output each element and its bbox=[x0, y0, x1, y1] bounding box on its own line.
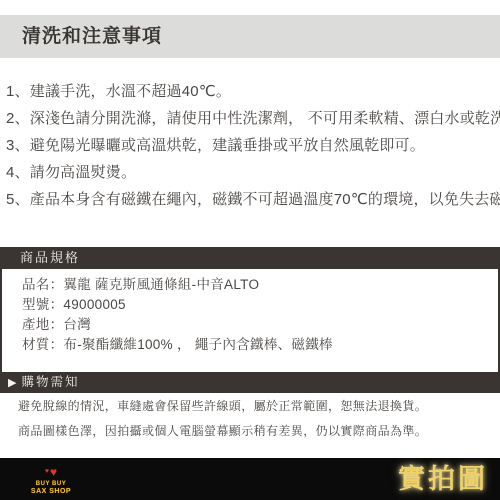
spec-row: 品名：翼龍 薩克斯風通條組-中音ALTO bbox=[22, 275, 498, 295]
real-photo-badge: 實拍圖 bbox=[398, 458, 488, 500]
notice-lines: 避免脫線的情況，車縫處會保留些許線頭，屬於正常範圍，恕無法退換貨。商品圖樣色澤，… bbox=[18, 394, 496, 444]
spec-row: 材質：布-聚酯纖維100% ， 繩子內含鐵棒、磁鐵棒 bbox=[22, 335, 498, 355]
notice-section-header: ▶購物需知 bbox=[0, 372, 500, 393]
spec-row: 產地：台灣 bbox=[22, 315, 498, 335]
shop-logo-text-line2: SAX SHOP bbox=[31, 488, 71, 495]
care-section-title: 清洗和注意事項 bbox=[22, 26, 162, 47]
spec-section-title: 商品規格 bbox=[20, 250, 80, 265]
shop-logo: ♥♥ BUY BUY SAX SHOP bbox=[23, 460, 79, 498]
care-instruction: 5、產品本身含有磁鐵在繩內，磁鐵不可超過溫度70℃的環境，以免失去磁力。 bbox=[6, 186, 500, 213]
care-instructions-list: 1、建議手洗，水溫不超過40℃。2、深淺色請分開洗滌，請使用中性洗潔劑， 不可用… bbox=[6, 78, 500, 213]
care-section-header: 清洗和注意事項 bbox=[0, 15, 500, 58]
care-instruction: 4、請勿高溫熨燙。 bbox=[6, 159, 500, 186]
care-instruction: 1、建議手洗，水溫不超過40℃。 bbox=[6, 78, 500, 105]
spec-row: 型號：49000005 bbox=[22, 295, 498, 315]
spec-section-header: 商品規格 bbox=[0, 247, 500, 269]
notice-section-title: 購物需知 bbox=[21, 375, 79, 389]
heart-icon: ♥ bbox=[50, 465, 57, 479]
shop-logo-text-line1: BUY BUY bbox=[36, 481, 66, 487]
notice-line: 商品圖樣色澤，因拍攝或個人電腦螢幕顯示稍有差異，仍以實際商品為準。 bbox=[18, 419, 496, 444]
care-instruction: 2、深淺色請分開洗滌，請使用中性洗潔劑， 不可用柔軟精、漂白水或乾洗。 bbox=[6, 105, 500, 132]
product-info-page: 清洗和注意事項 1、建議手洗，水溫不超過40℃。2、深淺色請分開洗滌，請使用中性… bbox=[0, 0, 500, 500]
footer-bar: ♥♥ BUY BUY SAX SHOP 實拍圖 bbox=[0, 458, 500, 500]
product-spec-box: 品名：翼龍 薩克斯風通條組-中音ALTO型號：49000005產地：台灣材質：布… bbox=[0, 269, 500, 372]
triangle-right-icon: ▶ bbox=[8, 377, 16, 389]
notice-line: 避免脫線的情況，車縫處會保留些許線頭，屬於正常範圍，恕無法退換貨。 bbox=[18, 394, 496, 419]
heart-icon: ♥ bbox=[45, 468, 49, 475]
logo-hearts: ♥♥ bbox=[45, 464, 57, 480]
care-instruction: 3、避免陽光曝曬或高溫烘乾，建議垂掛或平放自然風乾即可。 bbox=[6, 132, 500, 159]
